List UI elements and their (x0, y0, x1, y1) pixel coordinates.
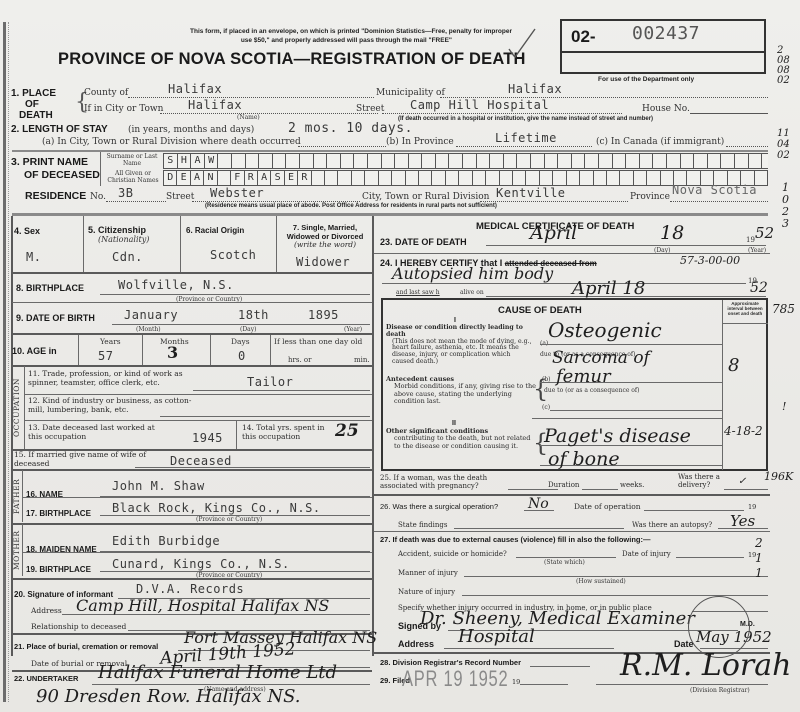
residence-note: (Residence means usual place of abode. P… (205, 203, 497, 209)
stay-c-label: (c) In Canada (if immigrant) (596, 137, 724, 147)
cause-c-line (550, 410, 722, 411)
dob-line (112, 324, 370, 325)
death-day: 18 (660, 222, 684, 244)
binding-edge (3, 22, 6, 702)
undertaker-name: Halifax Funeral Home Ltd (98, 662, 337, 683)
stay-b-line (456, 146, 592, 147)
residence-province-label: Province (630, 192, 670, 202)
med-address-label: Address (398, 639, 434, 649)
citizenship-value: Cdn. (112, 250, 143, 264)
registrar-caption: (Division Registrar) (690, 687, 750, 694)
racial-origin-label: 6. Racial Origin (186, 226, 244, 235)
surname-boxes: SHAW (163, 153, 768, 169)
informant-address-label: Address (31, 606, 62, 615)
findings-label: State findings (398, 521, 447, 529)
cause-b-value: femur (556, 366, 611, 387)
registrar-signature: R.M. Lorah (620, 648, 791, 683)
divider (270, 335, 271, 365)
divider (24, 394, 372, 395)
q29-line (520, 684, 568, 685)
death-year-prefix: 19 (746, 236, 755, 244)
stay-b-value: Lifetime (495, 131, 557, 145)
city-value: Halifax (188, 98, 242, 112)
stay-a-label: (a) In City, Town or Rural Division wher… (42, 137, 301, 147)
divider (276, 216, 277, 272)
op-date-label: Date of operation (574, 502, 641, 511)
mailing-notice-1: This form, if placed in an envelope, on … (72, 28, 512, 35)
print-name-label: 3. PRINT NAMEOF DECEASED (11, 156, 100, 182)
informant-sig: D.V.A. Records (136, 582, 244, 596)
part-one-label: I (454, 317, 456, 324)
residence-no: 3B (118, 186, 133, 200)
hospital-note: (If death occurred in a hospital or inst… (398, 116, 653, 122)
divider (24, 420, 372, 421)
residence-province-line (670, 201, 768, 202)
residence-no-label: No. (90, 192, 106, 202)
given-name-label: All Given or Christian Names (103, 170, 163, 184)
last-saw-label: and last saw h (396, 289, 440, 296)
how-sustained-caption: (How sustained) (576, 578, 626, 585)
q26-label: 26. Was there a surgical operation? (380, 502, 498, 511)
certify-code: 57-3-00-00 (680, 254, 740, 267)
hrs-label: hrs. or (288, 356, 311, 364)
margin-codes-top: 2080802 (777, 46, 797, 86)
divider (83, 216, 84, 272)
q15-value: Deceased (170, 454, 232, 468)
residence-street: Webster (210, 186, 264, 200)
father-birthplace-caption: (Province or Country) (196, 516, 262, 523)
certify-value: Autopsied him body (392, 264, 553, 283)
other-value-1: Paget's disease (544, 425, 691, 447)
divider (236, 420, 237, 449)
father-name: John M. Shaw (112, 479, 205, 493)
registration-number-box: 02- 002437 (560, 19, 766, 74)
county-value: Halifax (168, 82, 222, 96)
cause-direct-label: Disease or condition directly leading to… (386, 325, 534, 366)
surname-label: Surname or Last Name (103, 153, 161, 167)
birthplace-label: 8. BIRTHPLACE (16, 283, 84, 293)
divider (12, 150, 768, 152)
reg-number: 002437 (632, 23, 700, 44)
divider (12, 272, 372, 274)
delivery-value: ✓ (738, 476, 746, 487)
divider (374, 531, 770, 532)
cause-sarcoma: Sarcoma of (552, 348, 650, 368)
op-year-prefix: 19 (748, 503, 756, 511)
divider (12, 523, 372, 525)
interval-code: 4-18-2 (724, 424, 763, 438)
residence-no-line (106, 201, 166, 202)
place-of-death-label: 1. PLACEOFDEATH (11, 88, 61, 121)
divider (142, 335, 143, 365)
length-of-stay-hint: (in years, months and days) (128, 125, 254, 135)
part-two-label: II (452, 420, 456, 427)
accident-label: Accident, suicide or homicide? (398, 550, 507, 558)
q25-label: 25. If a woman, was the death associated… (380, 474, 510, 490)
mother-birthplace-label: 19. BIRTHPLACE (26, 565, 91, 574)
citizenship-label: 5. Citizenship (Nationality) (88, 226, 178, 244)
death-month: April (530, 222, 577, 244)
county-label: County of (84, 88, 128, 98)
undertaker-label: 22. UNDERTAKER (14, 674, 78, 683)
margin-codes-medical: 211 (755, 536, 763, 581)
date-of-death-line (486, 245, 766, 246)
mother-maiden: Edith Burbidge (112, 534, 220, 548)
residence-city-line (480, 201, 628, 202)
q13-label: 13. Date deceased last worked at this oc… (28, 424, 168, 441)
check-mark-icon (505, 25, 540, 60)
interval-column-divider (722, 300, 723, 470)
dept-note: For use of the Department only (598, 76, 694, 83)
less-day-label: If less than one day old (274, 337, 362, 346)
divider (532, 418, 722, 419)
q25-line (508, 489, 558, 490)
margin-codes-mid: 110402 (777, 128, 797, 161)
divider (22, 552, 372, 553)
filed-year-prefix: 19 (512, 678, 520, 686)
autopsy-label: Was there an autopsy? (632, 521, 712, 529)
age-label: 10. AGE in (12, 346, 57, 356)
age-months: 3 (167, 343, 178, 362)
cause-c-label: (c) (542, 404, 550, 411)
divider (210, 335, 211, 365)
q12-label: 12. Kind of industry or business, as cot… (28, 397, 198, 414)
dob-year: 1895 (308, 308, 339, 322)
operation-value: No (528, 496, 549, 512)
father-birthplace: Black Rock, Kings Co., N.S. (112, 501, 321, 515)
q12-line (160, 416, 370, 417)
form-title: PROVINCE OF NOVA SCOTIA—REGISTRATION OF … (58, 50, 526, 69)
municipality-label: Municipality of (376, 88, 445, 98)
dob-month: January (124, 308, 178, 322)
divider (12, 302, 372, 303)
divider (12, 469, 372, 471)
duration-label: Duration (548, 481, 579, 489)
cause-of-death-title: CAUSE OF DEATH (498, 305, 582, 316)
days-label: Days (231, 337, 250, 346)
residence-city: Kentville (496, 186, 566, 200)
relationship-label: Relationship to deceased (31, 622, 126, 631)
street-line (382, 113, 622, 114)
undertaker-line (92, 684, 370, 685)
marital-value: Widower (296, 255, 350, 269)
occupation-side-label: OCCUPATION (12, 372, 24, 444)
accident-line (516, 557, 616, 558)
other-value-2: of bone (548, 448, 620, 470)
residence-label: RESIDENCE (25, 190, 86, 202)
age-days: 0 (238, 349, 246, 363)
divider (22, 497, 372, 498)
weeks-label: weeks. (620, 481, 644, 489)
state-which-caption: (State which) (544, 559, 585, 566)
day-caption: (Day) (240, 326, 256, 333)
divider (24, 366, 25, 449)
interval-a: 8 (728, 355, 739, 376)
age-years: 57 (98, 349, 113, 363)
alive-on-label: alive on (460, 289, 484, 296)
manner-line (464, 576, 768, 577)
street-value: Camp Hill Hospital (410, 98, 549, 112)
delivery-line (724, 489, 768, 490)
margin-tick: ! (782, 400, 786, 413)
min-label: min. (354, 356, 370, 364)
q11-value: Tailor (247, 375, 293, 389)
certify-line (382, 283, 746, 284)
burial-label: 21. Place of burial, cremation or remova… (14, 642, 158, 651)
q13-value: 1945 (192, 431, 223, 445)
birthplace-value: Wolfville, N.S. (118, 278, 234, 292)
informant-address: Camp Hill, Hospital Halifax NS (76, 596, 329, 615)
duration-line (582, 489, 618, 490)
stay-a-value: 2 mos. 10 days. (288, 121, 413, 136)
injury-date-label: Date of injury (622, 550, 671, 558)
stay-a-line (298, 146, 386, 147)
op-date-line (644, 510, 744, 511)
divider (180, 216, 181, 272)
street-label: Street (356, 104, 384, 114)
filed-stamp: APR 19 1952 (402, 666, 508, 692)
divider (78, 335, 79, 365)
q27-label: 27. If death was due to external causes … (380, 535, 650, 544)
autopsy-value: Yes (730, 512, 755, 530)
residence-street-label: Street (166, 192, 194, 202)
house-line (690, 113, 768, 114)
q15-label: 15. If married give name of wife of dece… (14, 451, 154, 468)
month-caption: (Month) (136, 326, 161, 333)
name-caption: (Name) (237, 114, 260, 121)
registrar-line (596, 684, 768, 685)
cause-a-line (540, 344, 722, 345)
antecedent-label: Antecedent causes Morbid conditions, if … (386, 376, 536, 405)
municipality-value: Halifax (508, 82, 562, 96)
q14-value: 25 (335, 421, 359, 441)
date-of-death-label: 23. DATE OF DEATH (380, 237, 467, 247)
residence-province: Nova Scotia (672, 183, 757, 197)
due-to-label-2: due to (or as a consequence of) (544, 387, 639, 394)
dob-day: 18th (238, 308, 269, 322)
cause-a-value: Osteogenic (548, 318, 662, 342)
last-saw-year: 52 (750, 280, 768, 296)
residence-city-label: City, Town or Rural Division (362, 192, 489, 202)
county-line (128, 97, 374, 98)
city-line (160, 113, 378, 114)
nature-label: Nature of injury (398, 588, 455, 596)
divider (22, 524, 23, 576)
death-registration-form: This form, if placed in an envelope, on … (0, 0, 800, 712)
mailing-notice-2: use $50," and properly addressed will pa… (72, 37, 452, 44)
column-divider (372, 216, 374, 656)
house-label: House No. (642, 104, 690, 114)
city-label: If in City or Town (84, 104, 163, 114)
med-address-value: Hospital (458, 626, 535, 647)
divider (722, 323, 768, 324)
manner-label: Manner of injury (398, 569, 458, 577)
racial-origin-value: Scotch (210, 248, 256, 262)
father-birthplace-label: 17. BIRTHPLACE (26, 509, 91, 518)
dob-label: 9. DATE OF BIRTH (16, 313, 95, 323)
delivery-label: Was there a delivery? (678, 473, 738, 489)
q11-line (193, 390, 370, 391)
interval-label: Approximate interval between onset and d… (723, 301, 767, 316)
margin-codes-res: 1023 (782, 182, 798, 230)
mother-side-label: MOTHER (12, 527, 22, 573)
other-conditions-label: Other significant conditions contributin… (386, 428, 536, 450)
med-address-line (444, 648, 614, 649)
birthplace-line (100, 294, 370, 295)
sex-label: 4. Sex (14, 226, 40, 236)
divider (12, 578, 372, 580)
divider (12, 333, 372, 335)
year-caption: (Year) (344, 326, 362, 333)
last-saw-date: April 18 (572, 278, 645, 299)
reg-prefix: 02- (571, 27, 596, 47)
divider (22, 470, 23, 522)
divider (374, 494, 770, 496)
side-code: 785 (772, 302, 795, 316)
margin-196k: 196K (764, 470, 793, 483)
undertaker-address: 90 Dresden Row. Halifax NS. (36, 686, 301, 707)
q28-line (530, 666, 590, 667)
divider (12, 365, 372, 367)
father-side-label: FATHER (12, 474, 22, 518)
findings-line (454, 528, 624, 529)
divider (100, 152, 101, 186)
mother-birthplace: Cunard, Kings Co., N.S. (112, 557, 290, 571)
divider (12, 213, 768, 216)
residence-street-line (192, 201, 360, 202)
injury-date-line (676, 557, 744, 558)
stay-c-line (726, 146, 768, 147)
years-label: Years (100, 337, 121, 346)
stay-b-label: (b) In Province (386, 137, 454, 147)
q11-label: 11. Trade, profession, or kind of work a… (28, 370, 198, 387)
perforation-line (8, 22, 9, 702)
marital-label: 7. Single, Married, Widowed or Divorced … (280, 224, 370, 250)
length-of-stay-label: 2. LENGTH OF STAY (11, 124, 108, 135)
death-year: 52 (755, 224, 774, 242)
q14-label: 14. Total yrs. spent in this occupation (242, 424, 337, 441)
sex-value: M. (26, 250, 41, 264)
